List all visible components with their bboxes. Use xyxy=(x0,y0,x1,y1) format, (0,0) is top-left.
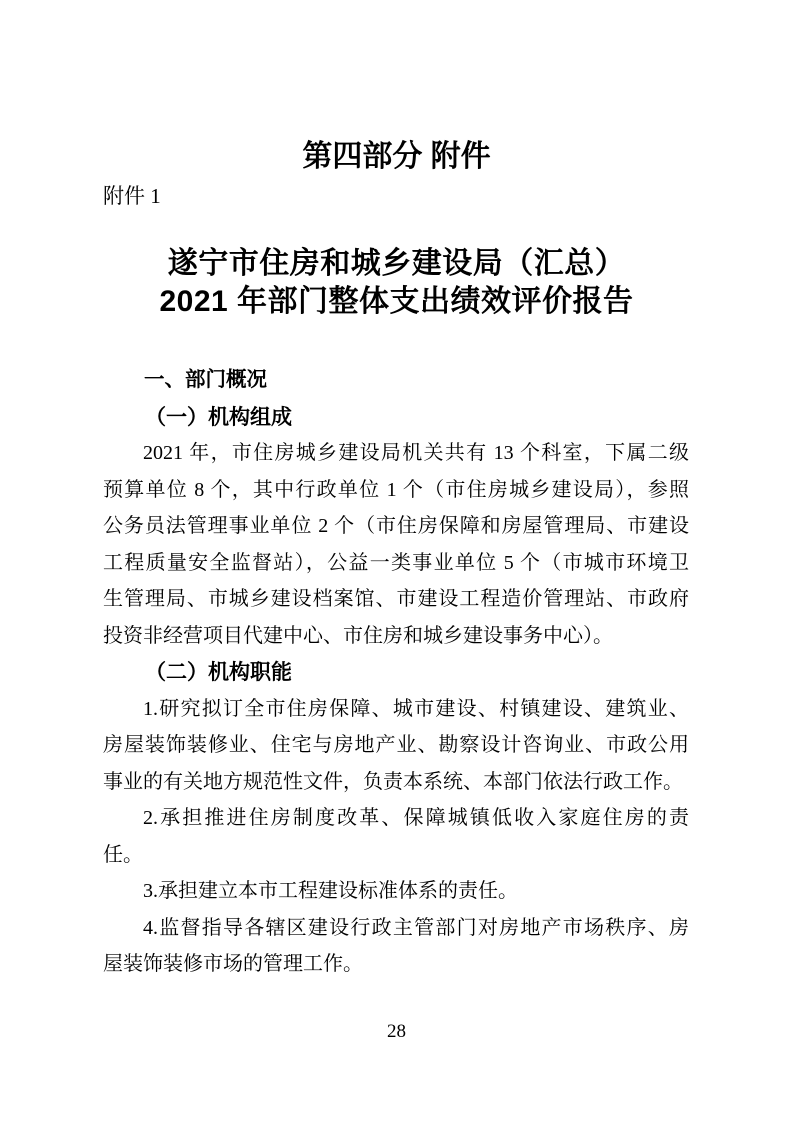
text-line: 房屋装饰装修业、住宅与房地产业、勘察设计咨询业、市政公用 xyxy=(103,727,689,764)
text-line: 2.承担推进住房制度改革、保障城镇低收入家庭住房的责 xyxy=(103,800,689,837)
attachment-label: 附件 1 xyxy=(103,184,161,208)
subsection-heading: （二）机构职能 xyxy=(103,654,689,691)
text-line: 投资非经营项目代建中心、市住房和城乡建设事务中心）。 xyxy=(103,618,689,655)
body-paragraph: 1.研究拟订全市住房保障、城市建设、村镇建设、建筑业、房屋装饰装修业、住宅与房地… xyxy=(103,691,689,801)
body-paragraph: 2021 年，市住房城乡建设局机关共有 13 个科室，下属二级预算单位 8 个，… xyxy=(103,435,689,654)
text-line: 2021 年，市住房城乡建设局机关共有 13 个科室，下属二级 xyxy=(103,435,689,472)
text-line: 屋装饰装修市场的管理工作。 xyxy=(103,946,689,983)
document-title: 遂宁市住房和城乡建设局（汇总） 2021 年部门整体支出绩效评价报告 xyxy=(0,245,793,321)
text-line: 工程质量安全监督站），公益一类事业单位 5 个（市城市环境卫 xyxy=(103,545,689,582)
text-line: 1.研究拟订全市住房保障、城市建设、村镇建设、建筑业、 xyxy=(103,691,689,728)
part-heading: 第四部分 附件 xyxy=(0,140,793,174)
body-paragraph: 4.监督指导各辖区建设行政主管部门对房地产市场秩序、房屋装饰装修市场的管理工作。 xyxy=(103,910,689,983)
document-title-line-1: 遂宁市住房和城乡建设局（汇总） xyxy=(0,245,793,283)
text-line: 3.承担建立本市工程建设标准体系的责任。 xyxy=(103,873,689,910)
text-line: 预算单位 8 个，其中行政单位 1 个（市住房城乡建设局），参照 xyxy=(103,472,689,509)
subsection-heading: （一）机构组成 xyxy=(103,399,689,436)
document-page: 第四部分 附件 附件 1 遂宁市住房和城乡建设局（汇总） 2021 年部门整体支… xyxy=(0,0,793,1122)
document-body: 一、部门概况（一）机构组成2021 年，市住房城乡建设局机关共有 13 个科室，… xyxy=(103,362,689,983)
body-paragraph: 3.承担建立本市工程建设标准体系的责任。 xyxy=(103,873,689,910)
section-heading: 一、部门概况 xyxy=(103,362,689,399)
text-line: 公务员法管理事业单位 2 个（市住房保障和房屋管理局、市建设 xyxy=(103,508,689,545)
text-line: 任。 xyxy=(103,837,689,874)
body-paragraph: 2.承担推进住房制度改革、保障城镇低收入家庭住房的责任。 xyxy=(103,800,689,873)
document-title-line-2: 2021 年部门整体支出绩效评价报告 xyxy=(0,283,793,321)
page-number: 28 xyxy=(0,1021,793,1043)
text-line: 4.监督指导各辖区建设行政主管部门对房地产市场秩序、房 xyxy=(103,910,689,947)
text-line: 生管理局、市城乡建设档案馆、市建设工程造价管理站、市政府 xyxy=(103,581,689,618)
text-line: 事业的有关地方规范性文件，负责本系统、本部门依法行政工作。 xyxy=(103,764,689,801)
